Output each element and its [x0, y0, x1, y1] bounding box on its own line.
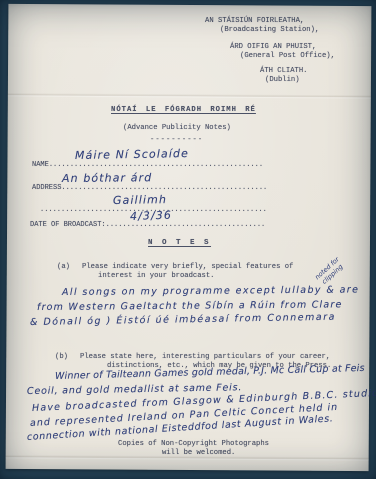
address-value-line2-handwritten: Gaillimh — [113, 193, 167, 207]
letterhead-line: ÁRD OIFIG AN PHUIST, — [230, 43, 316, 52]
letterhead-line: (Broadcasting Station), — [220, 26, 319, 35]
notes-heading: N O T E S — [148, 239, 211, 248]
address-dotted-line: ........................................… — [61, 184, 267, 192]
name-dotted-line: ........................................… — [49, 161, 263, 169]
item-b-text-line1: Please state here, interesting particula… — [80, 353, 330, 362]
date-label: DATE OF BROADCAST: — [30, 221, 106, 229]
date-value-handwritten: 4/3/36 — [130, 209, 172, 223]
name-field-row: NAME....................................… — [32, 161, 263, 170]
footer-line1: Copies of Non-Copyright Photographs — [118, 440, 269, 449]
letterhead-line: AN STÁISIÚN FOIRLEATHA, — [205, 17, 304, 26]
item-a-text-line1: Please indicate very briefly, special fe… — [82, 263, 293, 272]
address-value-line1-handwritten: An bóthar árd — [62, 171, 152, 185]
item-a-handwritten-line: from Western Gaeltacht the Síbín a Rúin … — [37, 299, 343, 313]
form-title-english: (Advance Publicity Notes) — [123, 124, 231, 133]
letterhead-line: (Dublin) — [265, 76, 300, 85]
document-photo: AN STÁISIÚN FOIRLEATHA, (Broadcasting St… — [0, 0, 376, 479]
item-a-text-line2: interest in your broadcast. — [98, 272, 214, 281]
item-a-handwritten-line: & Dónall óg ) Éistóí úé imbéasaí from Co… — [30, 312, 336, 328]
item-b-label: (b) — [55, 353, 68, 362]
letterhead-line: ÁTH CLIATH. — [260, 67, 307, 76]
address-label: ADDRESS — [32, 184, 61, 192]
document-content: AN STÁISIÚN FOIRLEATHA, (Broadcasting St… — [0, 0, 376, 479]
name-label: NAME — [32, 161, 49, 169]
name-value-handwritten: Máire Ní Scolaíde — [75, 147, 189, 162]
divider-dashes: ---------- — [150, 136, 203, 145]
item-a-label: (a) — [57, 263, 70, 272]
form-title-irish: NÓTAÍ LE FÓGRADH ROIMH RÉ — [111, 106, 256, 115]
address-field-row: ADDRESS.................................… — [32, 184, 267, 193]
item-a-handwritten-line: All songs on my programme except lullaby… — [62, 284, 359, 298]
diagonal-annotation-handwritten: noted forclipping — [314, 256, 346, 287]
letterhead-line: (General Post Office), — [240, 52, 335, 61]
footer-line2: will be welcomed. — [162, 449, 235, 458]
